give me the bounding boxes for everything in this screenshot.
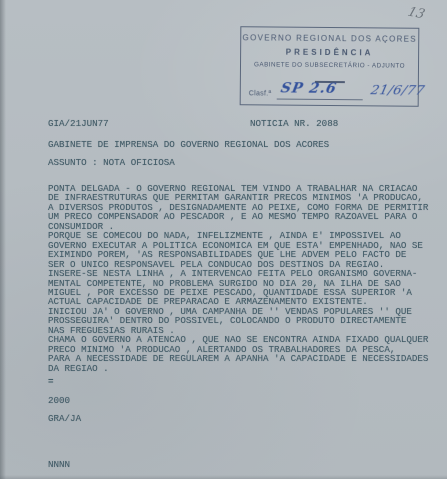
scan-edge-shadow-bottom xyxy=(0,475,447,479)
stamp-classification-label: Clasf.ª xyxy=(249,90,272,97)
operator-initials: GRA/JA xyxy=(48,413,81,424)
handwritten-page-number: 13 xyxy=(406,5,427,22)
issuing-office-line: GABINETE DE IMPRENSA DO GOVERNO REGIONAL… xyxy=(48,139,329,150)
stamp-presidency-line: PRESIDÊNCIA xyxy=(241,47,418,58)
stamp-government-title: GOVERNO REGIONAL DOS AÇORES xyxy=(241,33,418,44)
telegram-reference: GIA/21JUN77 xyxy=(48,118,109,129)
transmission-time: 2000 xyxy=(48,395,70,406)
scanned-telegram-page: 13 GOVERNO REGIONAL DOS AÇORES PRESIDÊNC… xyxy=(0,0,447,479)
handwritten-classification-value: SP 2.6 xyxy=(279,81,338,97)
stamp-office-line: GABINETE DO SUBSECRETÁRIO - ADJUNTO xyxy=(241,61,418,70)
notice-number: NOTICIA NR. 2088 xyxy=(250,118,338,129)
stamp-classification-underline xyxy=(277,99,363,101)
end-of-text-separator: = xyxy=(48,376,54,387)
telex-end-marker: NNNN xyxy=(48,459,70,470)
official-rubber-stamp: GOVERNO REGIONAL DOS AÇORES PRESIDÊNCIA … xyxy=(240,26,420,107)
handwritten-date: 21/6/77 xyxy=(369,83,426,98)
telegram-body-text: PONTA DELGADA - O GOVERNO REGIONAL TEM V… xyxy=(48,184,428,373)
scan-edge-shadow-left xyxy=(0,0,6,479)
subject-line: ASSUNTO : NOTA OFICIOSA xyxy=(48,157,175,168)
